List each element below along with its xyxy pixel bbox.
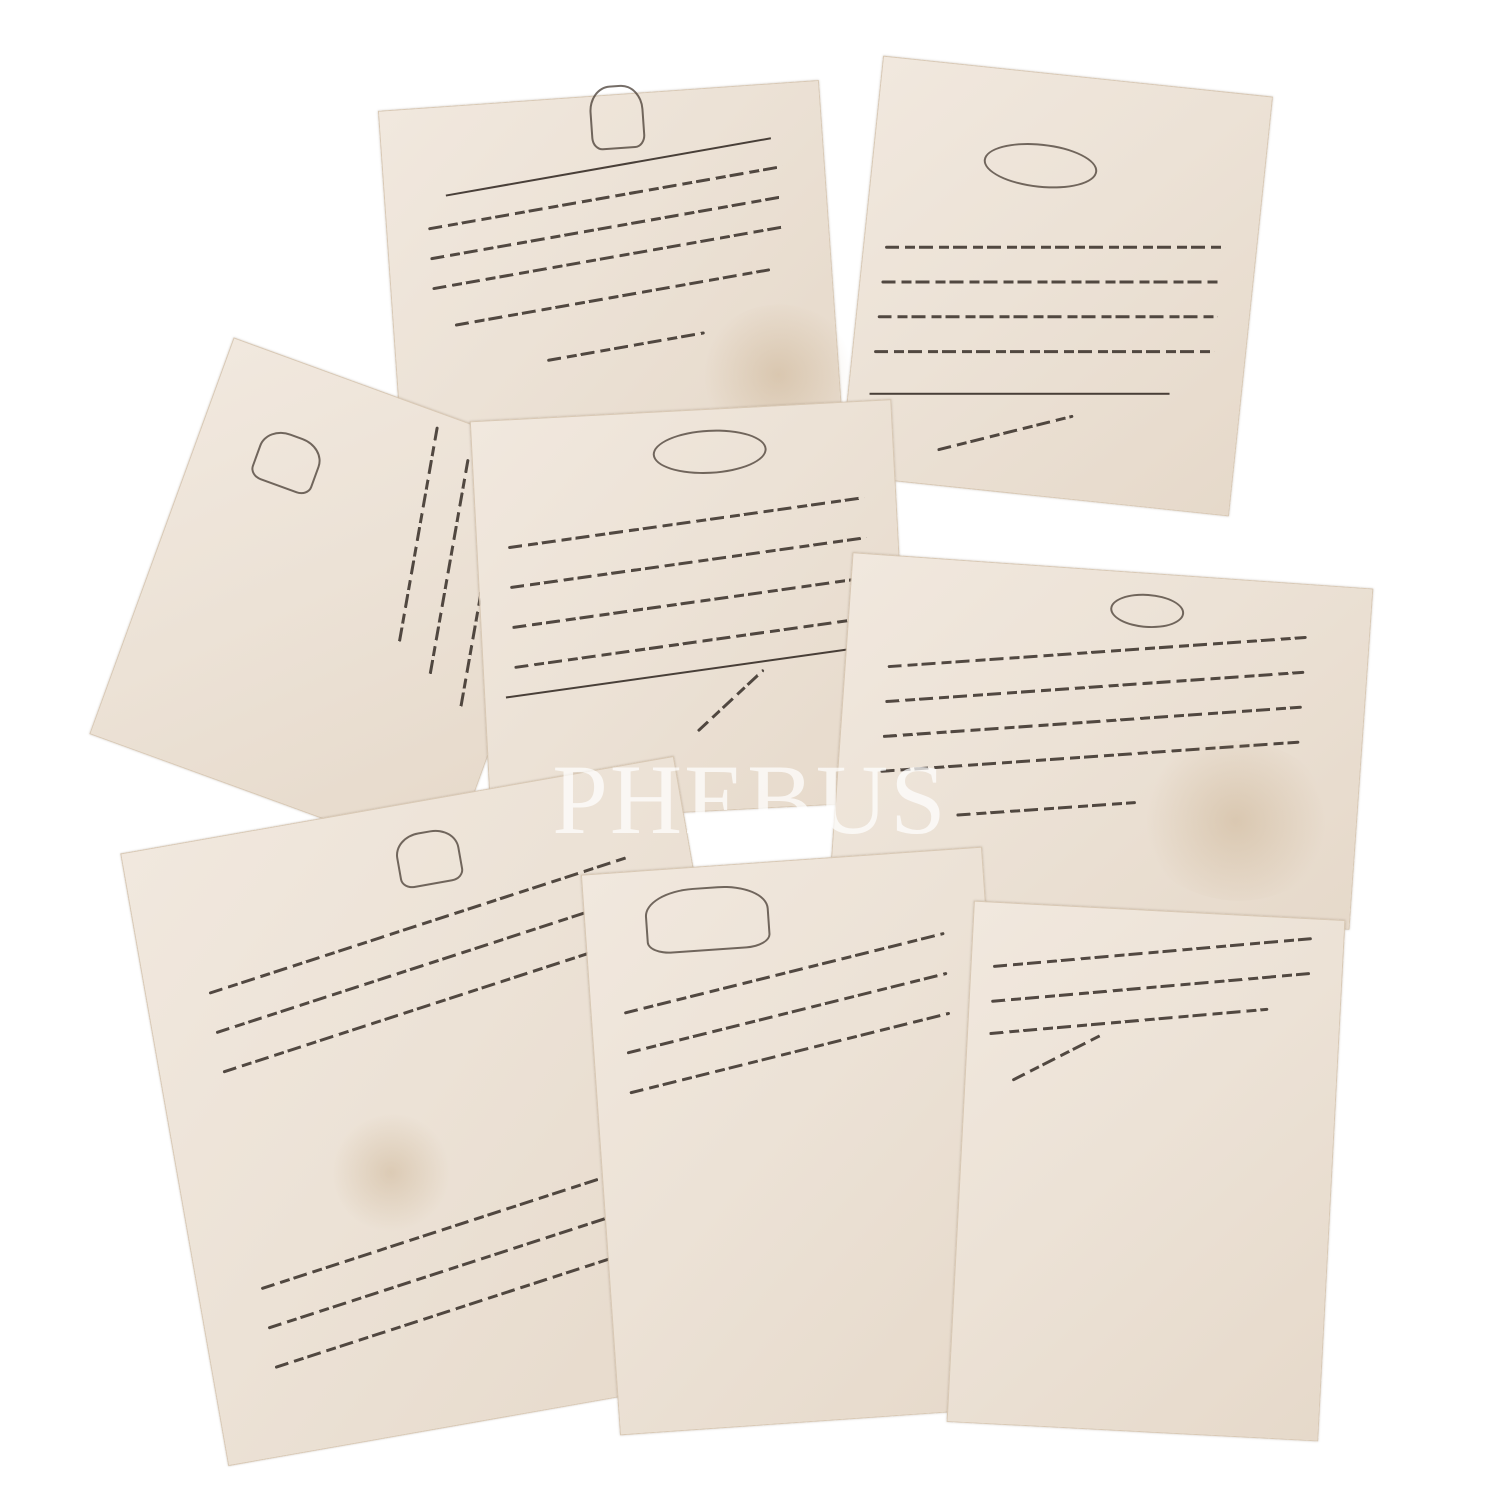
handwritten-text <box>222 935 641 1074</box>
seal-mark <box>982 138 1100 194</box>
ink-line <box>870 393 1170 395</box>
handwritten-text <box>989 1008 1268 1035</box>
handwritten-text <box>430 195 785 260</box>
document-2 <box>839 56 1273 517</box>
signature <box>937 415 1074 452</box>
water-stain <box>321 1103 460 1242</box>
seal-mark <box>248 425 327 498</box>
handwritten-text <box>881 280 1221 283</box>
handwritten-text <box>885 671 1304 703</box>
handwritten-text <box>874 350 1214 353</box>
seal-mark <box>652 427 768 477</box>
handwritten-text <box>512 576 869 629</box>
handwritten-text <box>398 426 439 643</box>
document-8 <box>947 901 1346 1442</box>
handwritten-text <box>993 937 1312 968</box>
handwritten-text <box>878 315 1218 318</box>
handwritten-text <box>629 1012 950 1095</box>
handwritten-text <box>432 225 787 290</box>
seal-mark <box>588 83 646 151</box>
handwritten-text <box>510 536 867 589</box>
handwritten-text <box>991 972 1310 1003</box>
signature <box>697 669 765 733</box>
handwritten-text <box>428 165 783 230</box>
handwritten-text <box>428 459 469 676</box>
seal-mark <box>643 883 771 955</box>
ink-line <box>506 646 863 698</box>
handwritten-text <box>883 706 1302 738</box>
handwritten-text <box>885 246 1225 249</box>
handwritten-text <box>514 616 871 669</box>
seal-mark <box>1109 591 1185 630</box>
handwritten-text <box>627 972 948 1055</box>
handwritten-text <box>888 636 1307 668</box>
signature <box>547 331 705 362</box>
watermark: PHEBUS <box>0 742 1500 857</box>
handwritten-text <box>508 496 865 549</box>
signature <box>1012 1034 1102 1082</box>
handwritten-text <box>216 895 635 1034</box>
